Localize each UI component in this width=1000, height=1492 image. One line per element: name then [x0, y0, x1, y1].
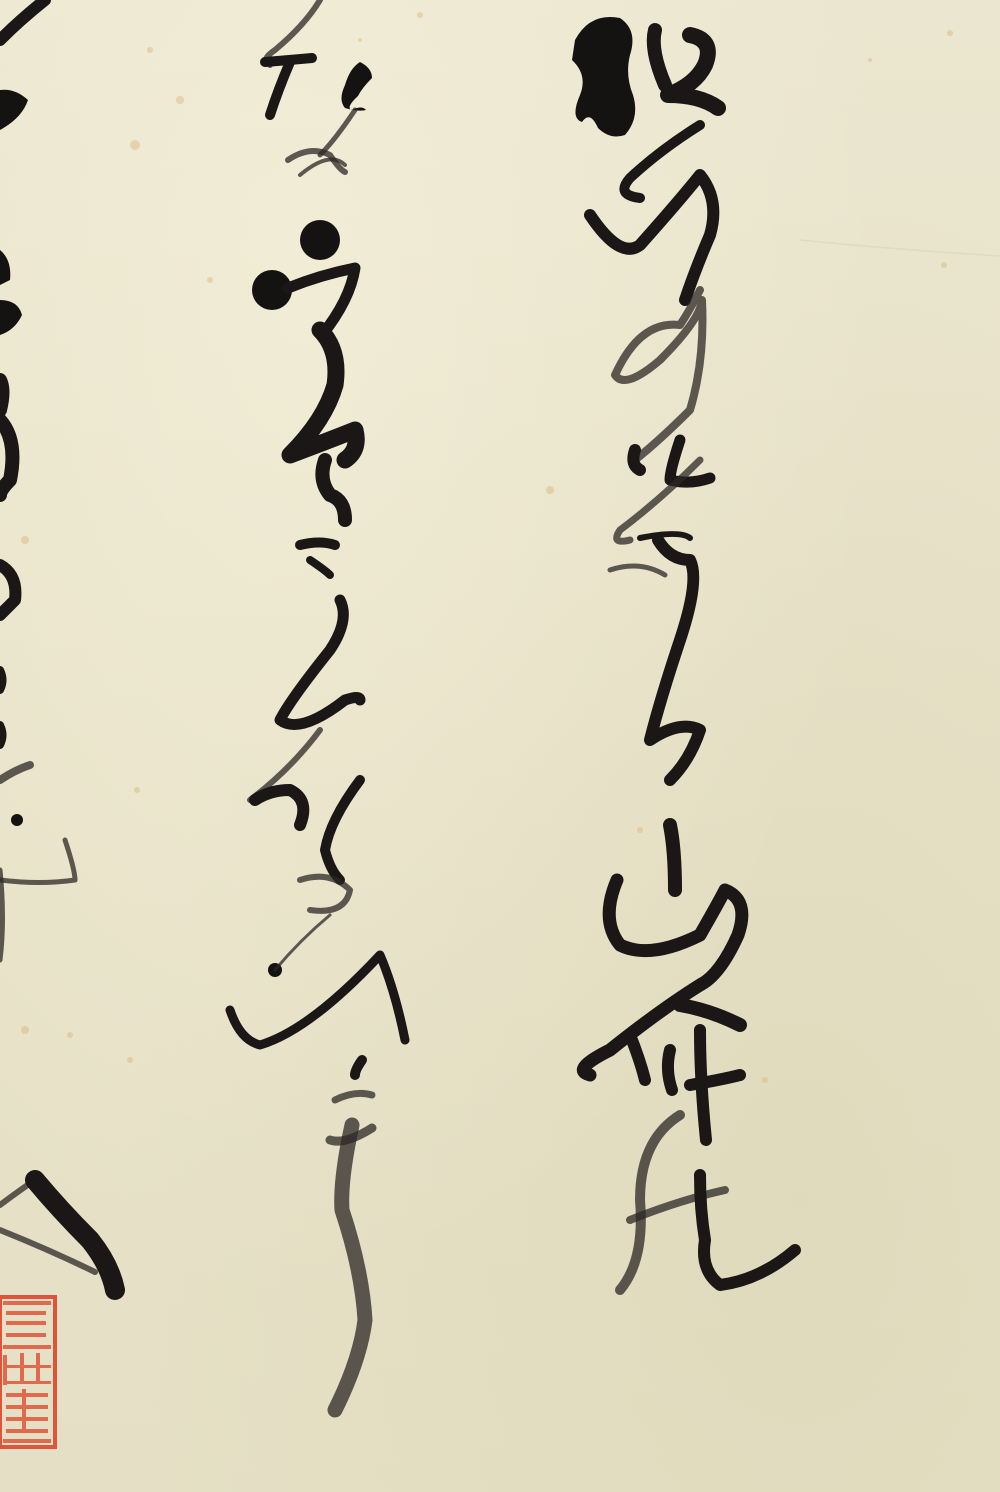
left-column-calligraphy: [0, 0, 1000, 1492]
red-seal-stamp: [0, 1293, 60, 1453]
calligraphy-paper: Japanese calligraphy scroll (sōsho / kan…: [0, 0, 1000, 1492]
